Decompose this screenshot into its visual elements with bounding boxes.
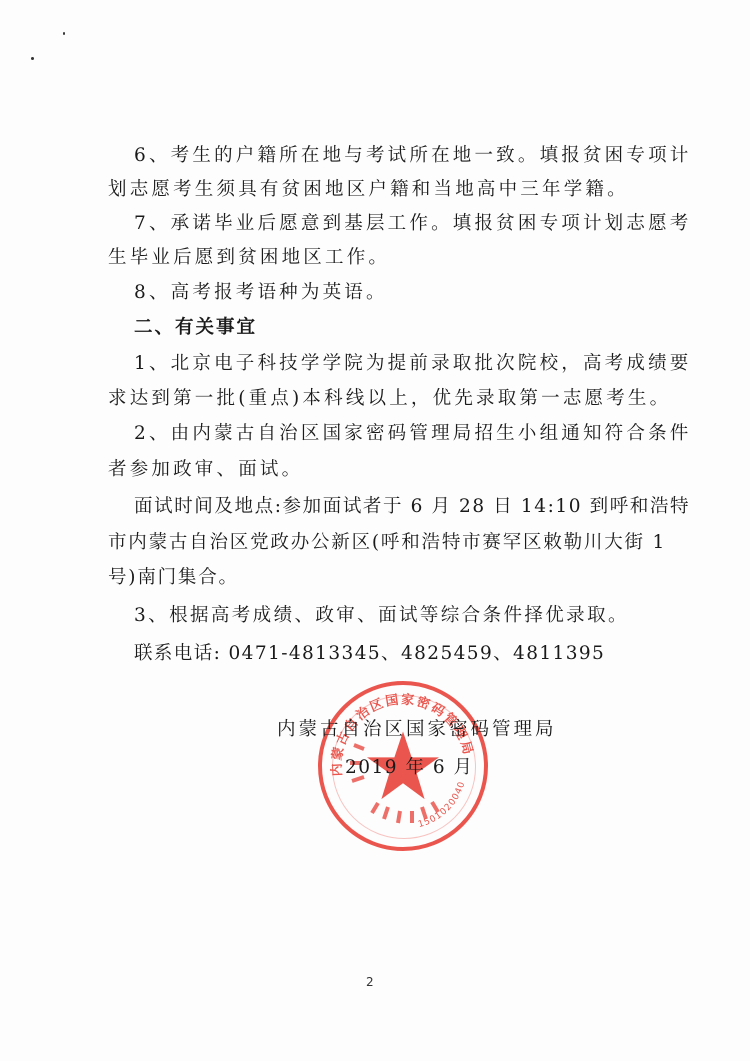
signature-date: 2019 年 6 月 <box>345 756 474 780</box>
signature-organization: 内蒙古自治区国家密码管理局 <box>277 718 557 742</box>
contact-phone: 联系电话: 0471-4813345、4825459、4811395 <box>134 642 674 666</box>
paragraph-item-6-line-1: 6、考生的户籍所在地与考试所在地一致。填报贫困专项计 <box>134 144 674 168</box>
matter-1-line-1: 1、北京电子科技学学院为提前录取批次院校，高考成绩要 <box>134 352 674 376</box>
paragraph-item-7-line-1: 7、承诺毕业后愿意到基层工作。填报贫困专项计划志愿考 <box>134 212 674 236</box>
scan-speck <box>63 32 65 35</box>
document-page: 6、考生的户籍所在地与考试所在地一致。填报贫困专项计 划志愿考生须具有贫困地区户… <box>0 0 750 1061</box>
interview-line-1: 面试时间及地点:参加面试者于 6 月 28 日 14:10 到呼和浩特 <box>134 495 674 519</box>
section-heading: 二、有关事宜 <box>134 316 674 340</box>
page-number: 2 <box>366 975 374 989</box>
paragraph-item-7-line-2: 生毕业后愿到贫困地区工作。 <box>108 246 648 270</box>
matter-3: 3、根据高考成绩、政审、面试等综合条件择优录取。 <box>134 604 674 628</box>
interview-line-2: 市内蒙古自治区党政办公新区(呼和浩特市赛罕区敕勒川大街 1 <box>108 531 648 555</box>
paragraph-item-6-line-2: 划志愿考生须具有贫困地区户籍和当地高中三年学籍。 <box>108 178 648 202</box>
matter-2-line-1: 2、由内蒙古自治区国家密码管理局招生小组通知符合条件 <box>134 422 674 446</box>
matter-2-line-2: 者参加政审、面试。 <box>108 458 648 482</box>
paragraph-item-8: 8、高考报考语种为英语。 <box>134 281 674 305</box>
interview-line-3: 号)南门集合。 <box>108 566 648 590</box>
matter-1-line-2: 求达到第一批(重点)本科线以上，优先录取第一志愿考生。 <box>108 387 648 411</box>
scan-speck <box>31 57 34 60</box>
